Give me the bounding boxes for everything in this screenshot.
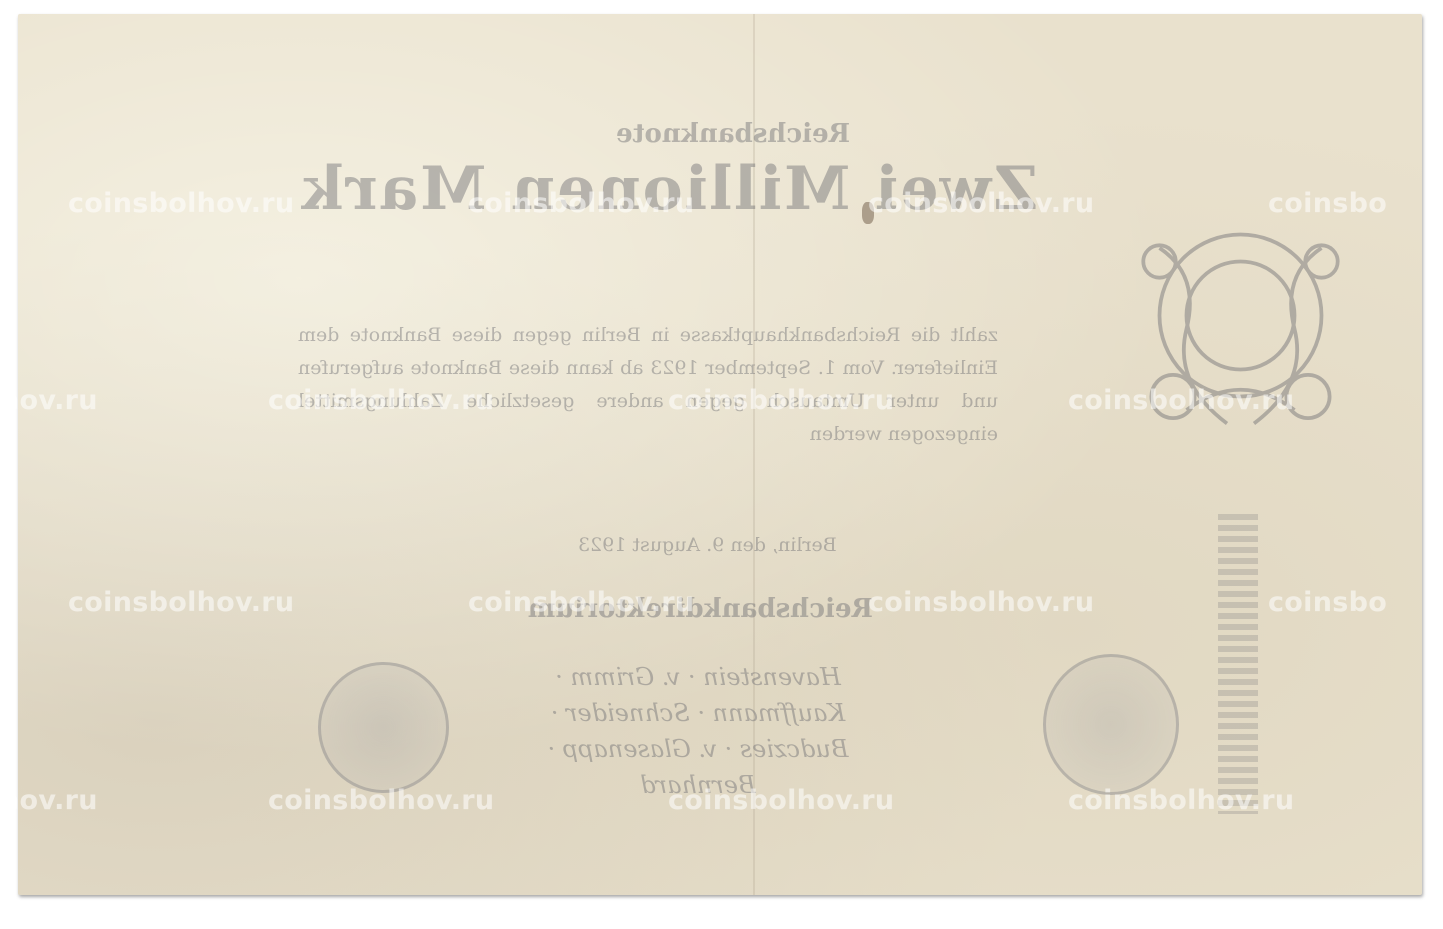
watermark: coinsbolhov.ru (68, 587, 294, 618)
watermark: coinsbolhov.ru (468, 587, 694, 618)
watermark: coinsbolhov.ru (268, 785, 494, 816)
ornament-icon (1103, 194, 1378, 464)
watermark: coinsbolhov.ru (868, 188, 1094, 219)
watermark: hov.ru (0, 385, 98, 416)
watermark: coinsbolhov.ru (668, 785, 894, 816)
seal-stamp-right (1043, 654, 1179, 795)
watermark: coinsbo (1268, 188, 1387, 219)
watermark: coinsbolhov.ru (468, 188, 694, 219)
watermark: coinsbo (1268, 587, 1387, 618)
seal-stamp-left (318, 662, 449, 793)
banknote: Reichsbanknote Zwei Millionen Mark zahlt… (18, 14, 1422, 895)
banknote-place-date: Berlin, den 9. August 1923 (578, 534, 837, 556)
watermark: coinsbolhov.ru (68, 188, 294, 219)
watermark: coinsbolhov.ru (868, 587, 1094, 618)
watermark: coinsbolhov.ru (668, 385, 894, 416)
watermark: coinsbolhov.ru (268, 385, 494, 416)
watermark: coinsbolhov.ru (1068, 385, 1294, 416)
banknote-signatures: Havenstein · v. Grimm · Kauffmann · Schn… (498, 659, 898, 803)
watermark: coinsbolhov.ru (1068, 785, 1294, 816)
banknote-header: Reichsbanknote (616, 119, 850, 149)
watermark: hov.ru (0, 785, 98, 816)
serial-column (1218, 514, 1258, 814)
